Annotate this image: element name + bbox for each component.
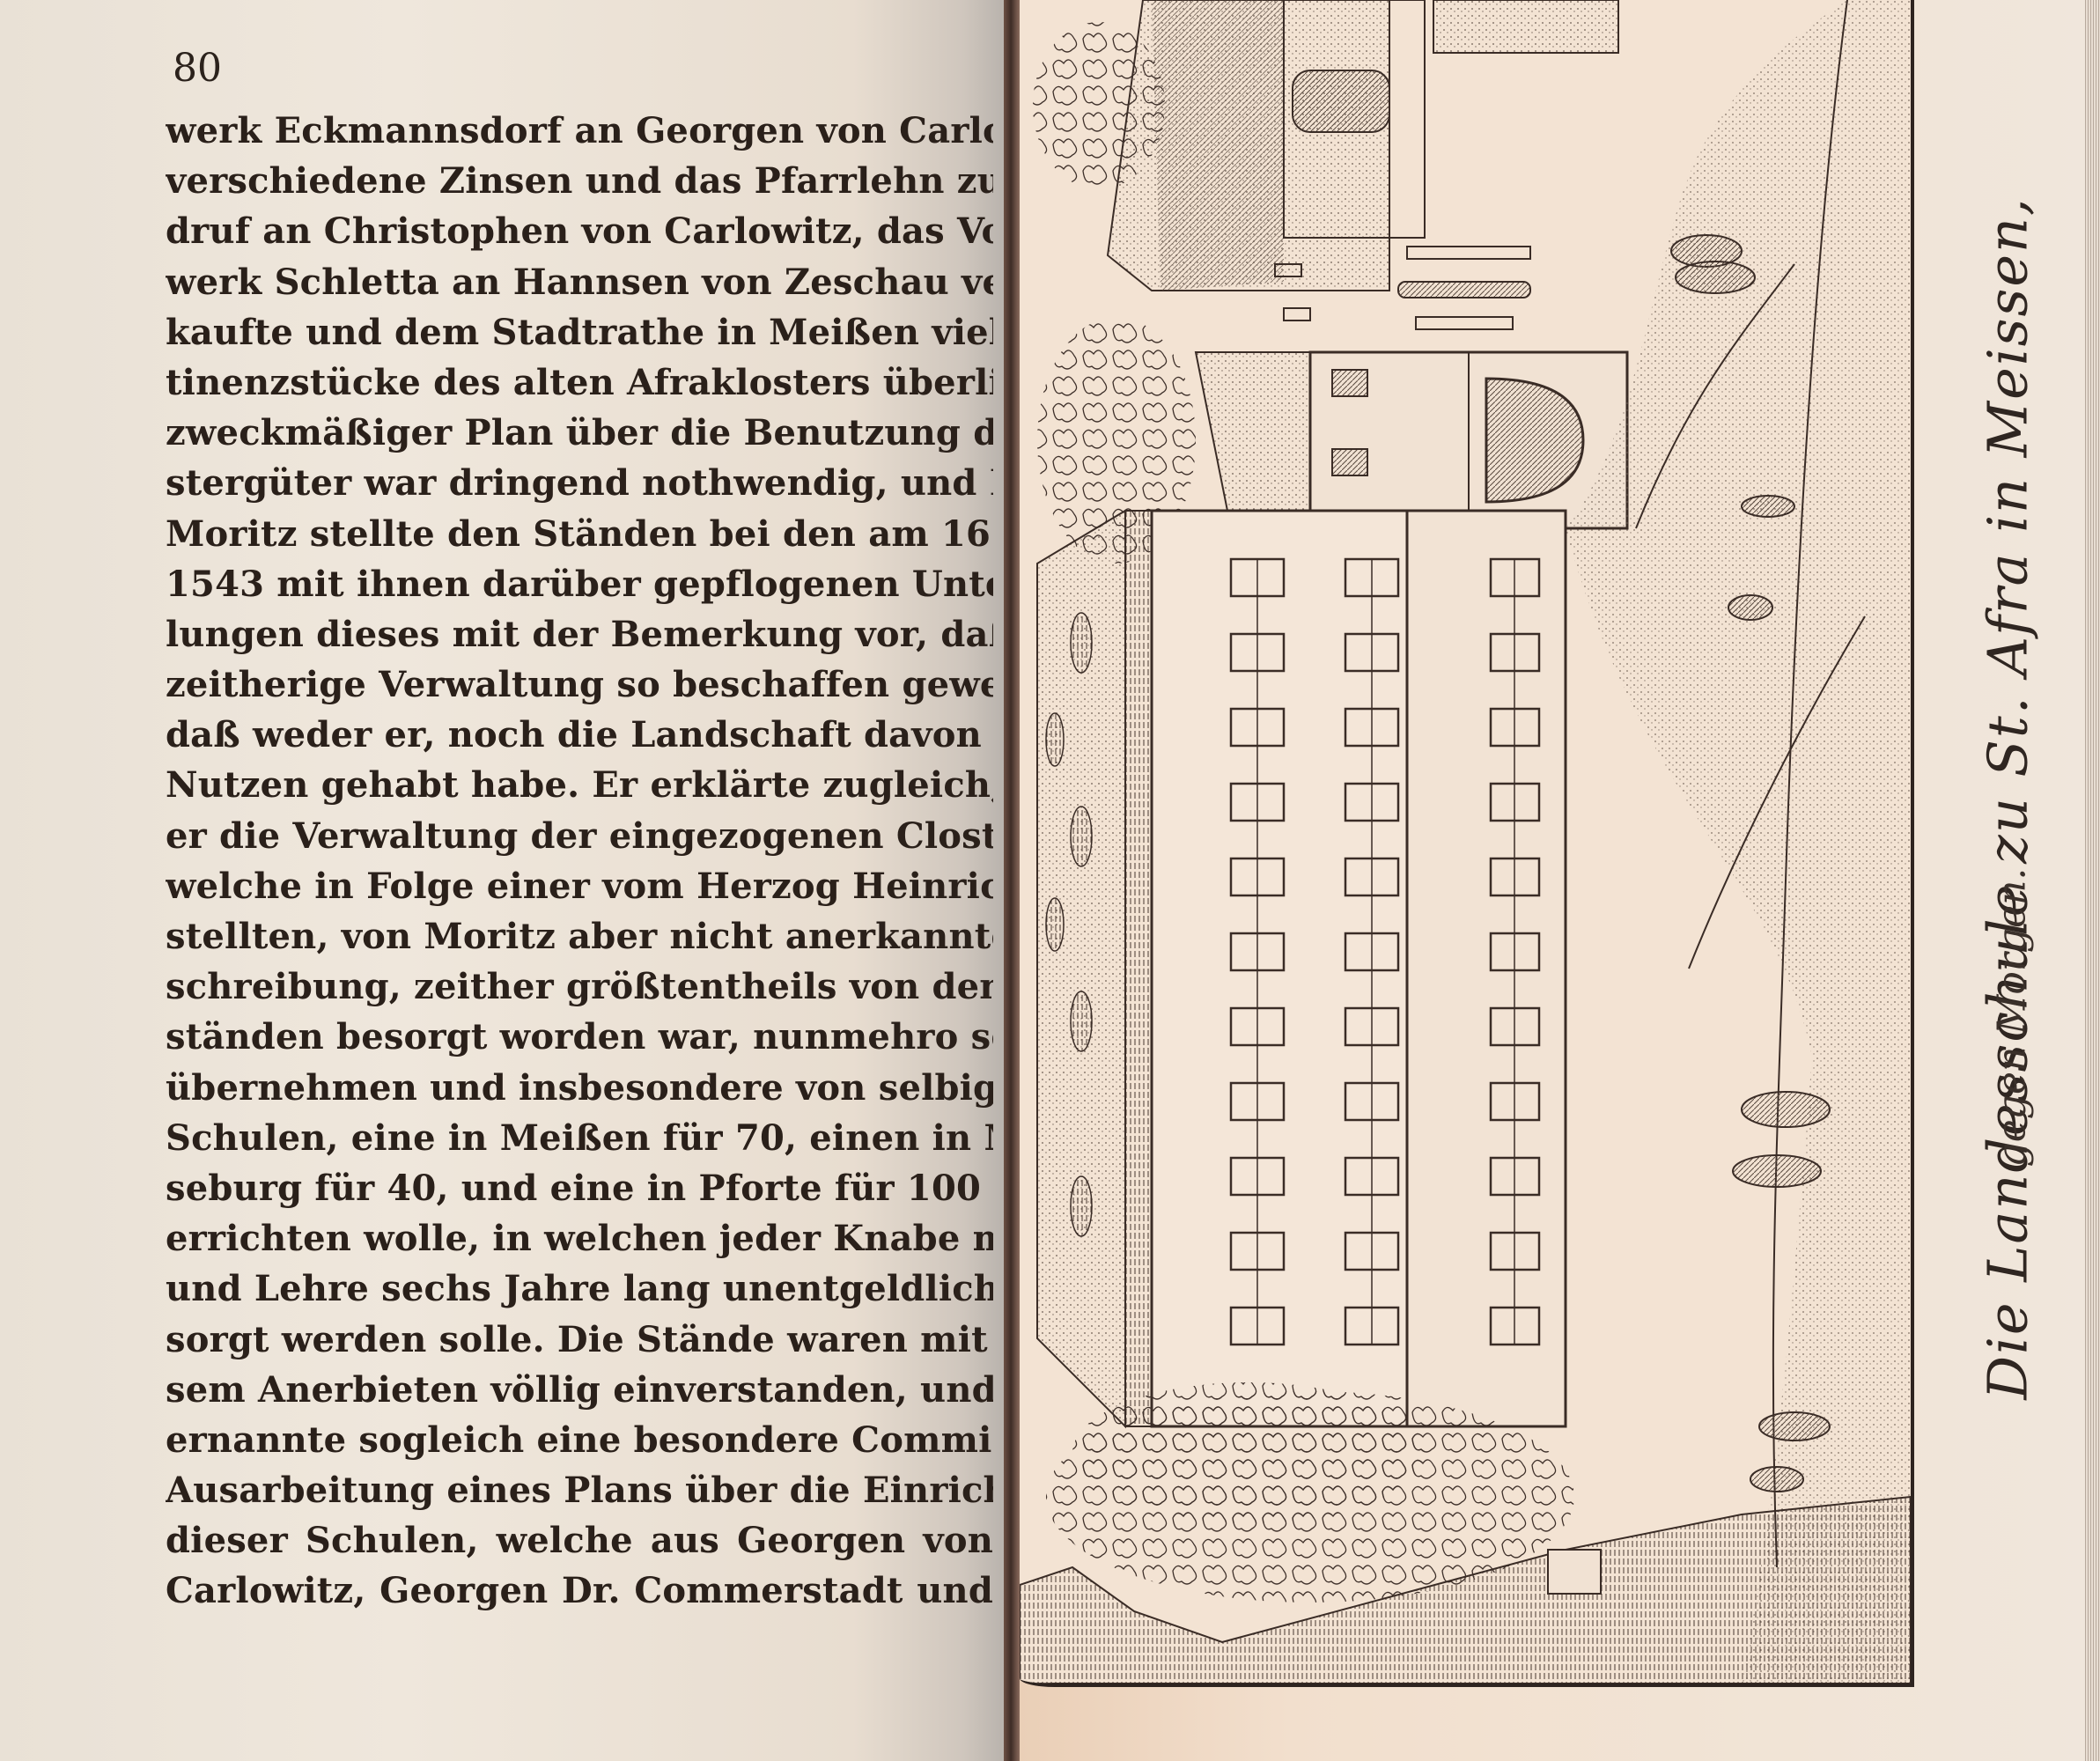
text-line: Carlowitz, Georgen Dr. Commerstadt und xyxy=(166,1566,993,1616)
text-line: Nutzen gehabt habe. Er erklärte zugleich… xyxy=(166,760,993,810)
text-line: daß weder er, noch die Landschaft davon … xyxy=(166,710,993,760)
text-line: und Lehre sechs Jahre lang unentgeldlich… xyxy=(166,1264,993,1314)
left-page: 80 werk Eckmannsdorf an Georgen von Carl… xyxy=(0,0,1004,1761)
text-line: 1543 mit ihnen darüber gepflogenen Unter… xyxy=(166,559,993,609)
text-line: Schulen, eine in Meißen für 70, einen in… xyxy=(166,1113,993,1163)
text-line: Ausarbeitung eines Plans über die Einric… xyxy=(166,1465,993,1515)
text-line: werk Schletta an Hannsen von Zeschau ver… xyxy=(166,257,993,307)
school-building-engraving-icon xyxy=(1020,0,1911,1684)
book-gutter xyxy=(1004,0,1020,1761)
plate-caption-subtitle: gegen Morgen. xyxy=(1990,754,2035,1282)
body-text: werk Eckmannsdorf an Georgen von Carlowi… xyxy=(166,106,993,1617)
text-line: zweckmäßiger Plan über die Benutzung der… xyxy=(166,408,993,458)
text-line: verschiedene Zinsen und das Pfarrlehn zu… xyxy=(166,156,993,206)
text-line: er die Verwaltung der eingezogenen Clost… xyxy=(166,811,993,861)
text-line: kaufte und dem Stadtrathe in Meißen viel… xyxy=(166,307,993,357)
text-line: schreibung, zeither größtentheils von de… xyxy=(166,962,993,1012)
text-line: stellten, von Moritz aber nicht anerkann… xyxy=(166,911,993,962)
text-line: stergüter war dringend nothwendig, und H… xyxy=(166,458,993,508)
book-spread: 80 werk Eckmannsdorf an Georgen von Carl… xyxy=(0,0,2100,1761)
text-line: dieser Schulen, welche aus Georgen von xyxy=(166,1515,993,1566)
text-line: Moritz stellte den Ständen bei den am 16… xyxy=(166,509,993,559)
text-line: ständen besorgt worden war, nunmehro sel… xyxy=(166,1012,993,1062)
text-line: lungen dieses mit der Bemerkung vor, daß… xyxy=(166,609,993,659)
text-line: sem Anerbieten völlig einverstanden, und… xyxy=(166,1365,993,1415)
text-line: übernehmen und insbesondere von selbigen… xyxy=(166,1063,993,1113)
text-line: ernannte sogleich eine besondere Commiss… xyxy=(166,1415,993,1465)
text-line: errichten wolle, in welchen jeder Knabe … xyxy=(166,1213,993,1264)
plate-caption: Die Landesschule zu St. Afra in Meissen,… xyxy=(1933,132,2100,1506)
engraving-plate xyxy=(1020,0,1914,1687)
page-number: 80 xyxy=(173,46,222,91)
page-edges xyxy=(2085,0,2100,1761)
text-line: druf an Christophen von Carlowitz, das V… xyxy=(166,206,993,256)
text-line: werk Eckmannsdorf an Georgen von Carlowi… xyxy=(166,106,993,156)
text-line: zeitherige Verwaltung so beschaffen gewe… xyxy=(166,659,993,710)
text-line: tinenzstücke des alten Afraklosters über… xyxy=(166,357,993,408)
text-line: welche in Folge einer vom Herzog Heinric… xyxy=(166,861,993,911)
text-line: seburg für 40, und eine in Pforte für 10… xyxy=(166,1163,993,1213)
text-line: sorgt werden solle. Die Stände waren mit… xyxy=(166,1315,993,1365)
